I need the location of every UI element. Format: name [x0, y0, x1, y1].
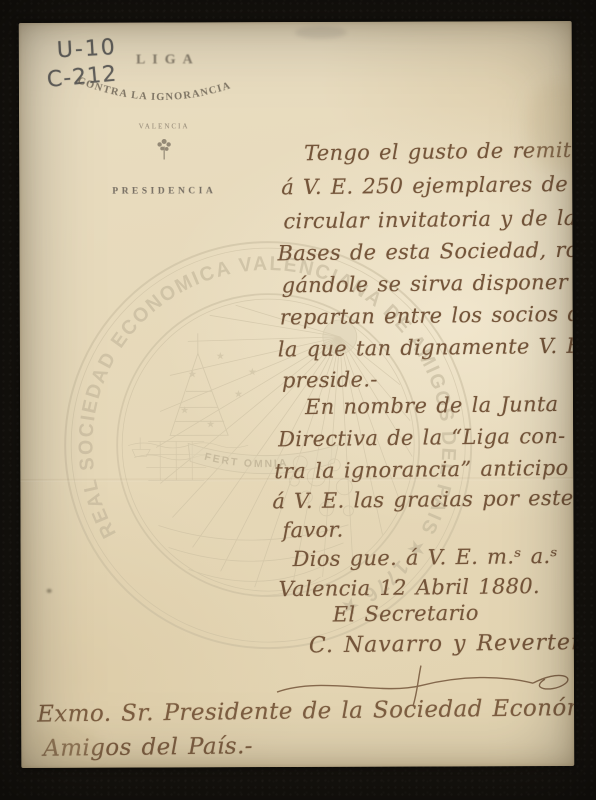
svg-text:★: ★ [248, 367, 257, 378]
stars-art: ★ ★ ★ ★ ★ ★ [180, 351, 257, 430]
letter-line: Bases de esta Sociedad, ro- [277, 238, 574, 266]
letter-page: U-10 C-212 LIGA CONTRA LA IGNORANCIA VAL… [19, 21, 575, 768]
svg-text:★: ★ [234, 389, 243, 400]
dateline: Valencia 12 Abril 1880. [279, 574, 541, 601]
wall-art [146, 441, 206, 480]
address-line-2: Amigos del País.- [43, 733, 253, 762]
society-seal-watermark: REAL SOCIEDAD ECONOMICA VALENCIANA DE AM… [47, 224, 489, 666]
seal-banner-motto: FERT OMNIA [203, 450, 289, 470]
fleuron-icon [59, 136, 269, 165]
fold-crease [20, 477, 573, 482]
svg-text:★: ★ [180, 405, 189, 416]
letterhead-arc-text: CONTRA LA IGNORANCIA [69, 68, 259, 121]
seal-rings [64, 241, 471, 648]
letterhead-organization: LIGA [67, 52, 269, 69]
paper-stain [47, 589, 52, 593]
sea-waves-art [128, 437, 248, 460]
letter-line: favor. [282, 518, 343, 543]
letterhead-city: VALENCIA [59, 122, 269, 131]
signature: C. Navarro y Reverter —— [309, 629, 575, 658]
flower-cluster-art [289, 456, 353, 516]
valediction-line: Dios gue. á V. E. m.ˢ a.ˢ [292, 544, 558, 571]
signature-rubric-flourish [271, 661, 574, 710]
letter-line: á V. E. las gracias por este [272, 486, 573, 514]
letter-line: circular invitatoria y de las [283, 206, 574, 234]
seal-ring-text: REAL SOCIEDAD ECONOMICA VALENCIANA DE AM… [75, 252, 460, 622]
photo-mat-background: U-10 C-212 LIGA CONTRA LA IGNORANCIA VAL… [0, 0, 596, 800]
letter-line: á V. E. 250 ejemplares de la [281, 172, 574, 200]
haystack-art [170, 333, 228, 435]
letter-line: Tengo el gusto de remitir [304, 138, 574, 165]
letter-line: repartan entre los socios de [280, 302, 575, 330]
paper-stain [29, 723, 99, 763]
sun-rays-art [156, 305, 413, 588]
address-line-1: Exmo. Sr. Presidente de la Sociedad Econ… [37, 694, 574, 728]
paper-stain [527, 81, 574, 171]
letterhead-arc-label: CONTRA LA IGNORANCIA [76, 75, 233, 103]
letterhead-department: PRESIDENCIA [59, 186, 269, 197]
letter-line: gándole se sirva disponer se [281, 270, 574, 298]
svg-text:★: ★ [206, 419, 215, 430]
paper-stain [295, 26, 347, 39]
letter-line: tra la ignorancia” anticipo [274, 456, 569, 484]
svg-text:★: ★ [216, 351, 225, 362]
letter-line: preside.- [282, 367, 378, 392]
letter-line: la que tan dignamente V. E. [278, 334, 575, 362]
letter-line: En nombre de la Junta [305, 392, 559, 419]
banner-ribbon-art: FERT OMNIA [188, 443, 338, 474]
archival-code-2: C-212 [46, 62, 118, 93]
letterhead: LIGA CONTRA LA IGNORANCIA VALENCIA [59, 52, 270, 197]
svg-text:CONTRA LA IGNORANCIA: CONTRA LA IGNORANCIA [76, 75, 233, 103]
furrow-lines-art [158, 525, 348, 596]
letter-line: Directiva de la “Liga con- [278, 424, 566, 452]
signer-role: El Secretario [333, 601, 479, 627]
svg-text:★: ★ [188, 369, 197, 380]
archival-code-1: U-10 [56, 35, 117, 63]
